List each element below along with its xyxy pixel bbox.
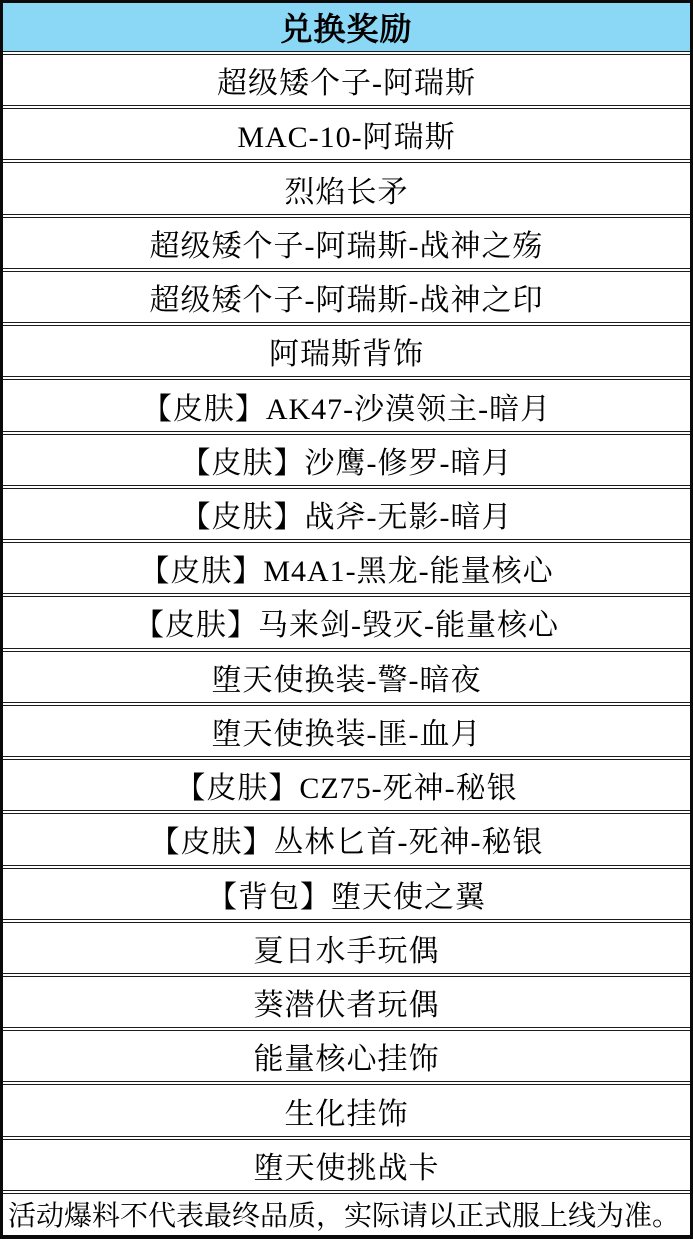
- reward-row: 烈焰长矛: [3, 159, 690, 213]
- reward-row: 【皮肤】丛林匕首-死神-秘银: [3, 810, 690, 864]
- table-header-title: 兑换奖励: [3, 3, 690, 51]
- reward-row: 葵潜伏者玩偶: [3, 973, 690, 1027]
- reward-row: 堕天使换装-警-暗夜: [3, 648, 690, 702]
- reward-row: 【皮肤】沙鹰-修罗-暗月: [3, 431, 690, 485]
- reward-row: 【皮肤】M4A1-黑龙-能量核心: [3, 539, 690, 593]
- reward-row: 阿瑞斯背饰: [3, 322, 690, 376]
- reward-table: 兑换奖励 超级矮个子-阿瑞斯 MAC-10-阿瑞斯 烈焰长矛 超级矮个子-阿瑞斯…: [0, 0, 693, 1239]
- reward-row: 堕天使挑战卡: [3, 1136, 690, 1190]
- footer-disclaimer: 活动爆料不代表最终品质，实际请以正式服上线为准。: [3, 1190, 690, 1235]
- reward-row: 超级矮个子-阿瑞斯-战神之印: [3, 268, 690, 322]
- reward-row: 堕天使换装-匪-血月: [3, 702, 690, 756]
- reward-row: 【皮肤】马来剑-毁灭-能量核心: [3, 593, 690, 647]
- reward-row: MAC-10-阿瑞斯: [3, 105, 690, 159]
- reward-row: 生化挂饰: [3, 1081, 690, 1135]
- reward-row: 【皮肤】AK47-沙漠领主-暗月: [3, 376, 690, 430]
- reward-row: 超级矮个子-阿瑞斯-战神之殇: [3, 214, 690, 268]
- reward-row: 【背包】堕天使之翼: [3, 865, 690, 919]
- reward-row: 【皮肤】战斧-无影-暗月: [3, 485, 690, 539]
- reward-row: 夏日水手玩偶: [3, 919, 690, 973]
- reward-row: 超级矮个子-阿瑞斯: [3, 51, 690, 105]
- reward-row: 能量核心挂饰: [3, 1027, 690, 1081]
- reward-row: 【皮肤】CZ75-死神-秘银: [3, 756, 690, 810]
